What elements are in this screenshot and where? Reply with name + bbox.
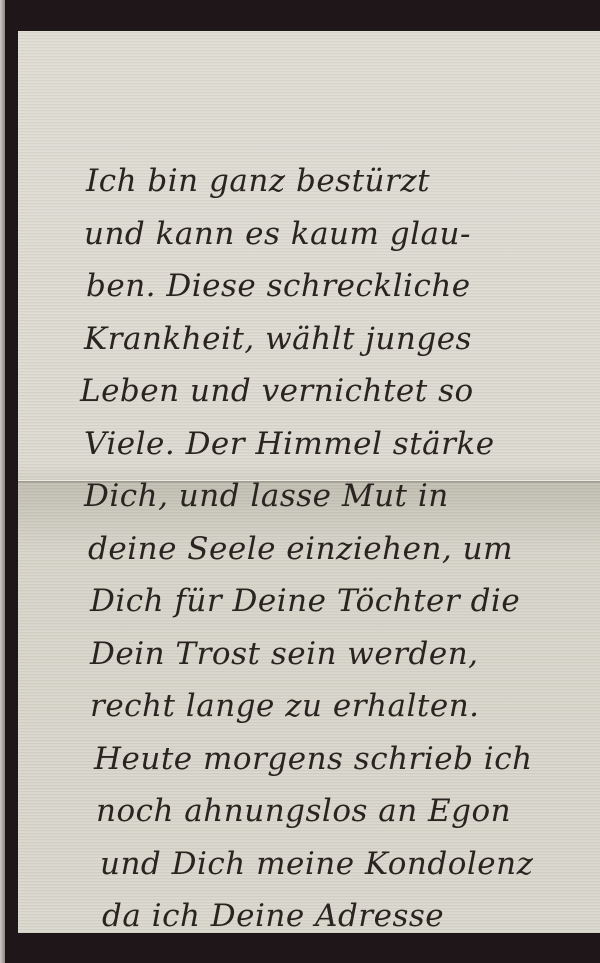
letter-line: da ich Deine Adresse bbox=[80, 890, 580, 943]
letter-line: und Dich meine Kondolenz bbox=[80, 838, 580, 891]
letter-line: Dich, und lasse Mut in bbox=[80, 470, 580, 523]
letter-line: Viele. Der Himmel stärke bbox=[80, 418, 580, 471]
letter-line: Ich bin ganz bestürzt bbox=[80, 155, 580, 208]
letter-line: Heute morgens schrieb ich bbox=[80, 733, 580, 786]
letter-line: Leben und vernichtet so bbox=[80, 365, 580, 418]
letter-line: Dein Trost sein werden, bbox=[80, 628, 580, 681]
letter-line: Krankheit, wählt junges bbox=[80, 313, 580, 366]
letter-line: ben. Diese schreckliche bbox=[80, 260, 580, 313]
letter-line: recht lange zu erhalten. bbox=[80, 680, 580, 733]
letter-line: deine Seele einziehen, um bbox=[80, 523, 580, 576]
letter-line: Dich für Deine Töchter die bbox=[80, 575, 580, 628]
letter-line: und kann es kaum glau- bbox=[80, 208, 580, 261]
letter-body: Ich bin ganz bestürzt und kann es kaum g… bbox=[80, 155, 580, 943]
letter-line: noch ahnungslos an Egon bbox=[80, 785, 580, 838]
